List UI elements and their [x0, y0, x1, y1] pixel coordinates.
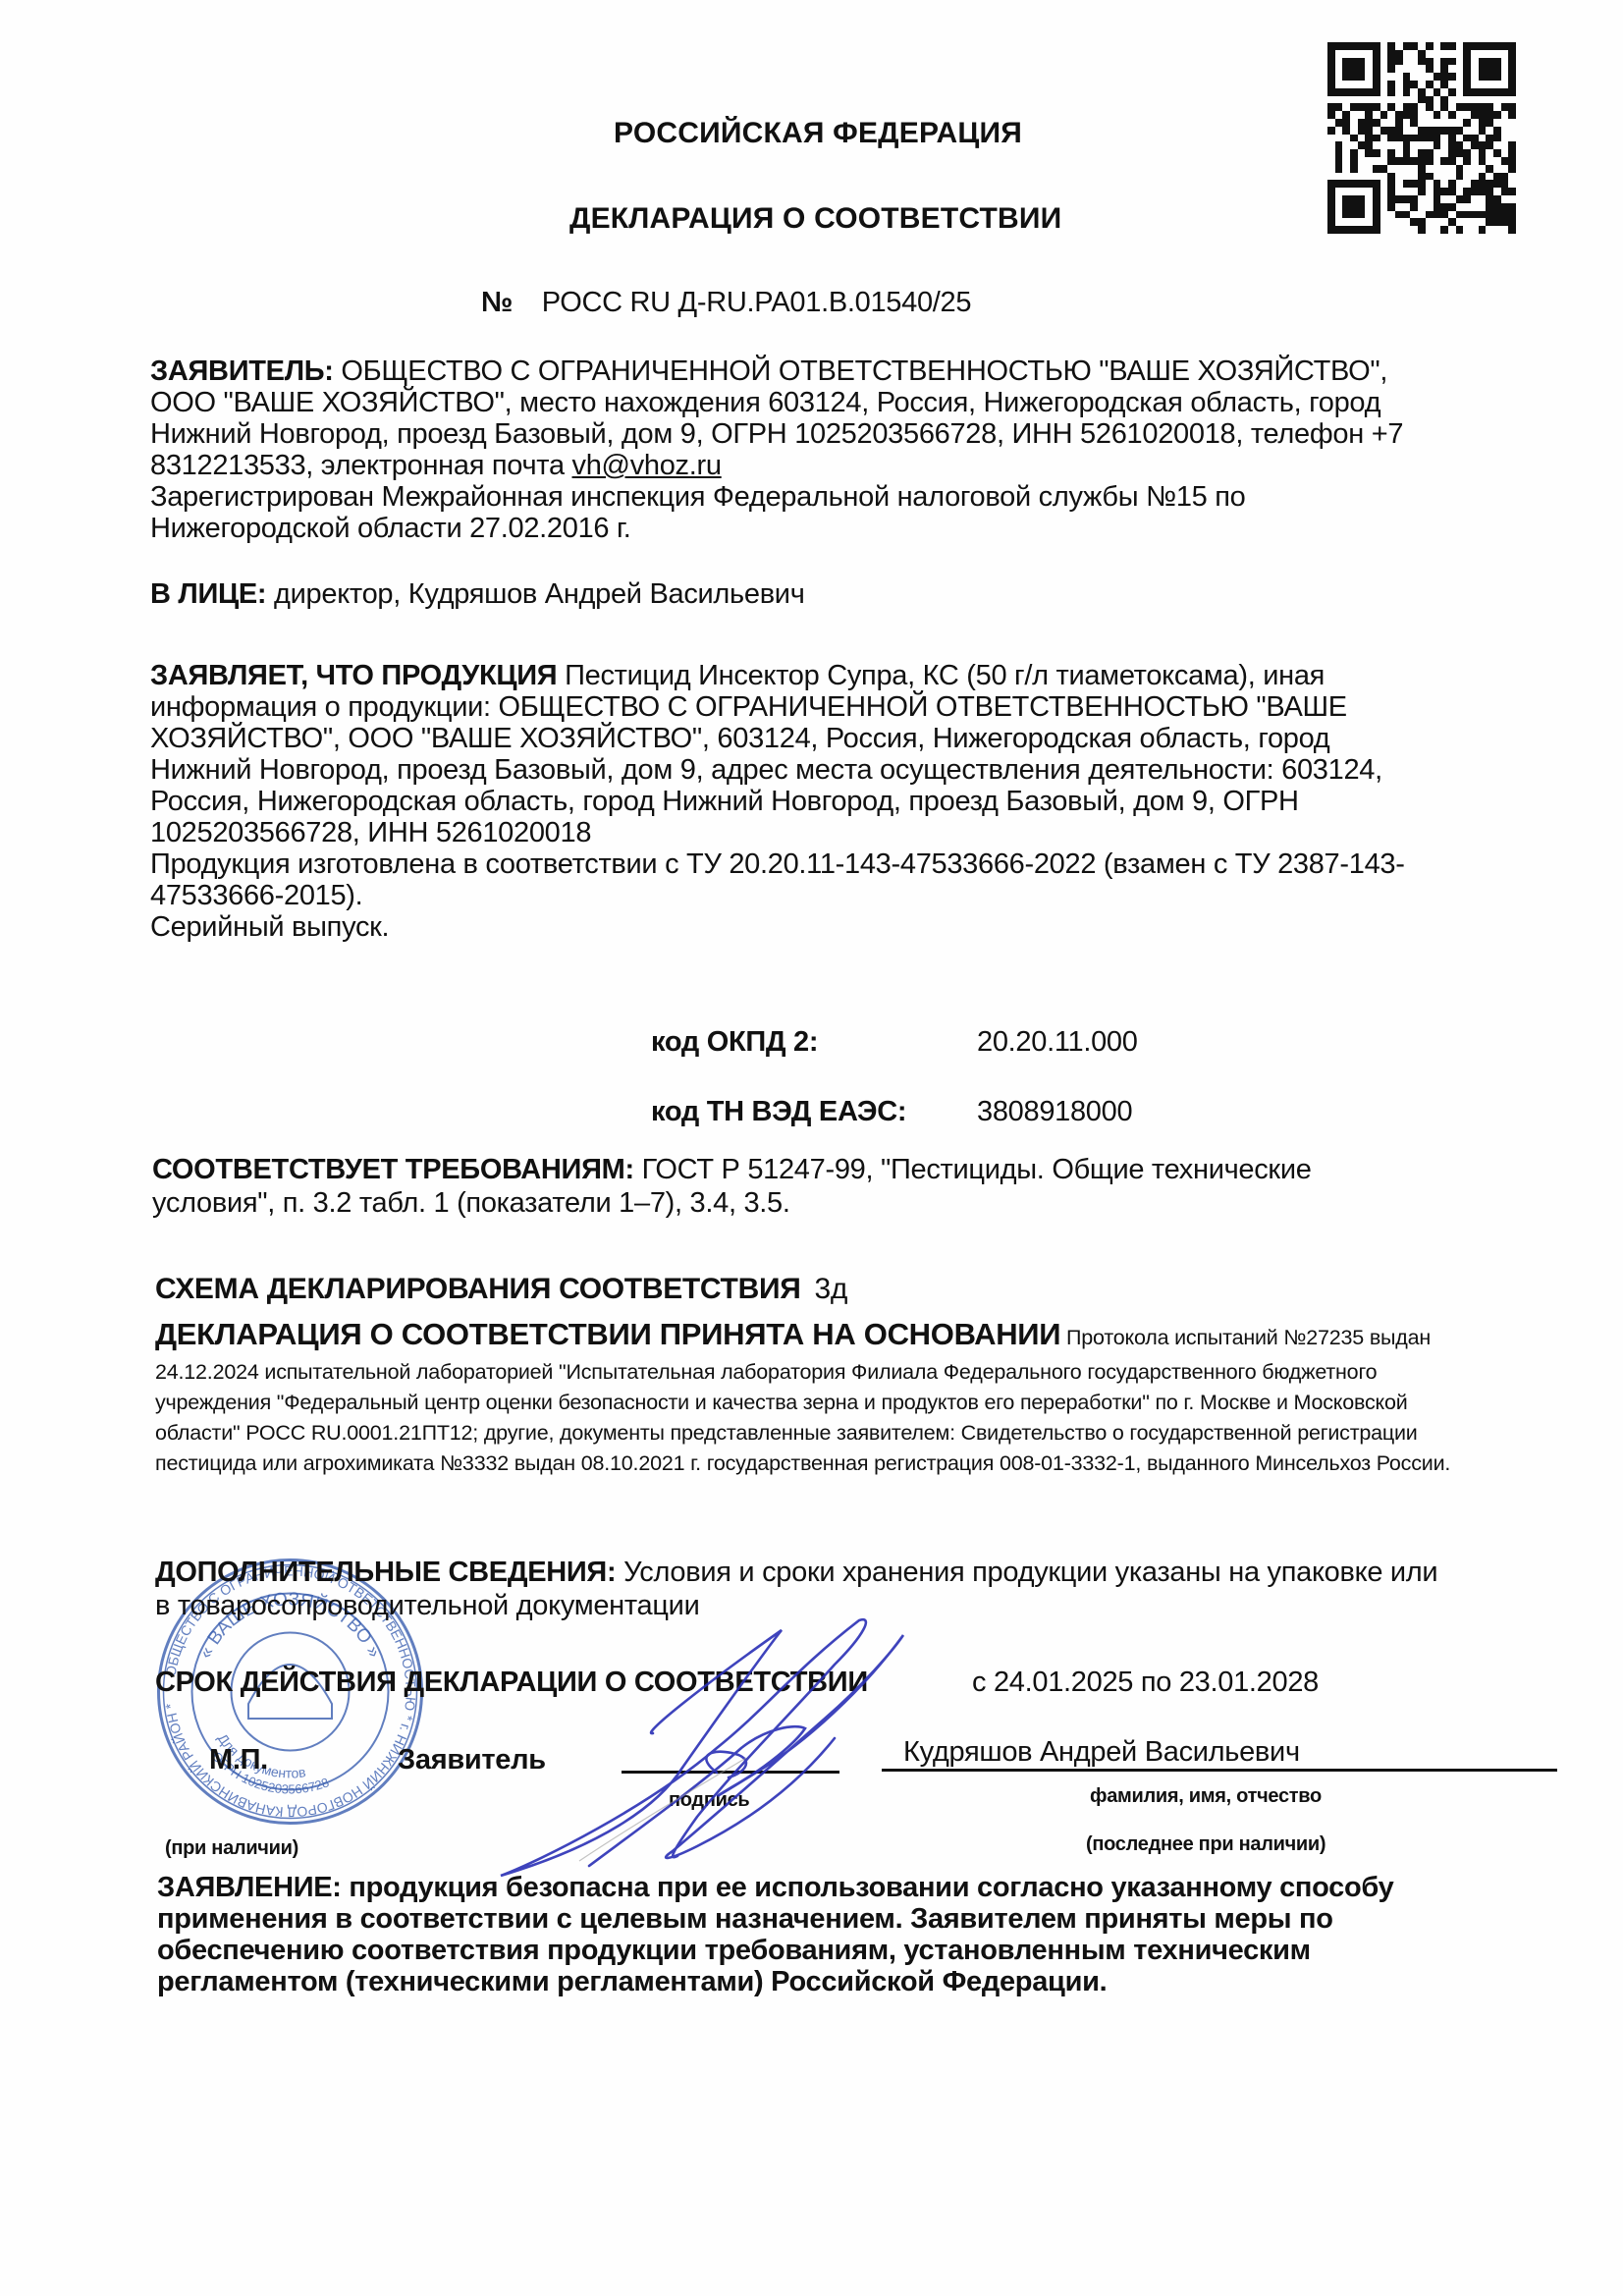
basis-line: Протокола испытаний №27235 выдан [1060, 1326, 1431, 1349]
document-title: ДЕКЛАРАЦИЯ О СООТВЕТСТВИИ [569, 203, 1061, 235]
applicant-line: Нижний Новгород, проезд Базовый, дом 9, … [150, 418, 1403, 450]
seal-note: (при наличии) [165, 1832, 298, 1864]
name-caption: фамилия, имя, отчество [1090, 1780, 1322, 1812]
representative-value: директор, Кудряшов Андрей Васильевич [266, 578, 804, 610]
product-line: Серийный выпуск. [150, 911, 389, 943]
tnved-value: 3808918000 [977, 1096, 1132, 1127]
statement-line: регламентом (техническими регламентами) … [157, 1966, 1107, 1997]
scheme-section: СХЕМА ДЕКЛАРИРОВАНИЯ СООТВЕТСТВИЯ3д [155, 1274, 847, 1305]
tnved-label: код ТН ВЭД ЕАЭС: [651, 1096, 906, 1127]
additional-label: ДОПОЛНИТЕЛЬНЫЕ СВЕДЕНИЯ: [155, 1557, 616, 1588]
representative-section: В ЛИЦЕ: директор, Кудряшов Андрей Василь… [150, 578, 805, 610]
applicant-email-link[interactable]: vh@vhoz.ru [572, 450, 722, 481]
seal-mark-label: М.П. [209, 1744, 268, 1776]
additional-line: Условия и сроки хранения продукции указа… [616, 1557, 1437, 1588]
scheme-label: СХЕМА ДЕКЛАРИРОВАНИЯ СООТВЕТСТВИЯ [155, 1273, 800, 1305]
applicant-label: ЗАЯВИТЕЛЬ: [150, 355, 334, 387]
statement-label: ЗАЯВЛЕНИЕ: [157, 1872, 342, 1903]
product-line: Нижний Новгород, проезд Базовый, дом 9, … [150, 754, 1382, 786]
statement-line: обеспечению соответствия продукции требо… [157, 1935, 1311, 1966]
qr-code-icon [1327, 42, 1516, 234]
basis-line: пестицида или агрохимиката №3332 выдан 0… [155, 1449, 1450, 1478]
requirements-label: СООТВЕТСТВУЕТ ТРЕБОВАНИЯМ: [152, 1154, 634, 1185]
requirements-line: ГОСТ Р 51247-99, "Пестициды. Общие техни… [634, 1154, 1312, 1185]
applicant-line: ООО "ВАШЕ ХОЗЯЙСТВО", место нахождения 6… [150, 387, 1380, 418]
handwritten-signature-icon [471, 1611, 982, 1925]
validity-value: с 24.01.2025 по 23.01.2028 [972, 1667, 1319, 1698]
basis-line: учреждения "Федеральный центр оценки без… [155, 1388, 1408, 1417]
product-line: Россия, Нижегородская область, город Ниж… [150, 786, 1299, 817]
representative-label: В ЛИЦЕ: [150, 578, 266, 610]
basis-line: 24.12.2024 испытательной лабораторией "И… [155, 1357, 1377, 1387]
product-line: Пестицид Инсектор Супра, КС (50 г/л тиам… [557, 660, 1325, 691]
number-value: РОСС RU Д-RU.РА01.В.01540/25 [542, 287, 971, 318]
applicant-line: Зарегистрирован Межрайонная инспекция Фе… [150, 481, 1246, 513]
scheme-value: 3д [814, 1273, 847, 1305]
country-heading: РОССИЙСКАЯ ФЕДЕРАЦИЯ [614, 118, 1022, 149]
basis-line: области" РОСС RU.0001.21ПТ12; другие, до… [155, 1418, 1418, 1448]
product-line: Продукция изготовлена в соответствии с Т… [150, 848, 1405, 880]
applicant-line: ОБЩЕСТВО С ОГРАНИЧЕННОЙ ОТВЕТСТВЕННОСТЬЮ… [334, 355, 1387, 387]
declaration-number: № РОСС RU Д-RU.РА01.В.01540/25 [481, 287, 971, 318]
product-line: ХОЗЯЙСТВО", ООО "ВАШЕ ХОЗЯЙСТВО", 603124… [150, 723, 1329, 754]
product-line: информация о продукции: ОБЩЕСТВО С ОГРАН… [150, 691, 1347, 723]
product-line: 1025203566728, ИНН 5261020018 [150, 817, 591, 848]
okpd-value: 20.20.11.000 [977, 1026, 1138, 1058]
basis-label: ДЕКЛАРАЦИЯ О СООТВЕТСТВИИ ПРИНЯТА НА ОСН… [155, 1317, 1060, 1351]
applicant-line: Нижегородской области 27.02.2016 г. [150, 513, 631, 544]
product-label: ЗАЯВЛЯЕТ, ЧТО ПРОДУКЦИЯ [150, 660, 557, 691]
name-caption-note: (последнее при наличии) [1086, 1829, 1325, 1860]
name-line [882, 1769, 1557, 1772]
declaration-page: РОССИЙСКАЯ ФЕДЕРАЦИЯ ДЕКЛАРАЦИЯ О СООТВЕ… [0, 0, 1623, 2296]
product-line: 47533666-2015). [150, 880, 362, 911]
requirements-line: условия", п. 3.2 табл. 1 (показатели 1–7… [152, 1187, 790, 1219]
okpd-label: код ОКПД 2: [651, 1026, 818, 1058]
applicant-line: 8312213533, электронная почта [150, 450, 572, 481]
number-sign: № [481, 287, 513, 318]
